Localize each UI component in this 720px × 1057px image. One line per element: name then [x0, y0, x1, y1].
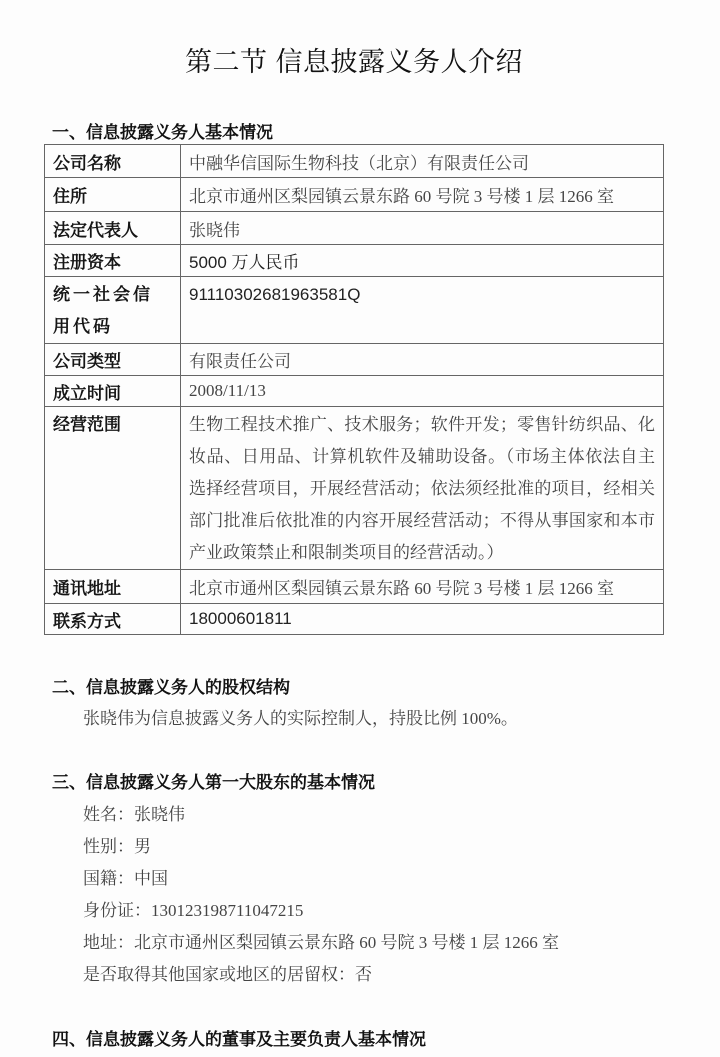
- row-label: 住所: [45, 178, 181, 212]
- document-page: 第二节 信息披露义务人介绍 一、信息披露义务人基本情况 公司名称 中融华信国际生…: [0, 0, 720, 1057]
- row-value: 生物工程技术推广、技术服务；软件开发；零售针纺织品、化妆品、日用品、计算机软件及…: [181, 407, 664, 570]
- page-title: 第二节 信息披露义务人介绍: [0, 45, 708, 79]
- row-label: 联系方式: [45, 604, 181, 635]
- shareholder-id-number: 身份证：130123198711047215: [83, 895, 559, 927]
- section-heading-basic-info: 一、信息披露义务人基本情况: [52, 122, 273, 144]
- shareholder-gender: 性别：男: [83, 831, 559, 863]
- row-value: 18000601811: [181, 604, 664, 635]
- shareholder-foreign-residency: 是否取得其他国家或地区的居留权：否: [83, 959, 559, 991]
- row-value: 中融华信国际生物科技（北京）有限责任公司: [181, 145, 664, 178]
- equity-structure-text: 张晓伟为信息披露义务人的实际控制人，持股比例 100%。: [83, 708, 518, 730]
- table-row: 公司类型 有限责任公司: [45, 344, 664, 376]
- row-label: 公司类型: [45, 344, 181, 376]
- row-value: 5000 万人民币: [181, 245, 664, 277]
- table-row: 统一社会信用代码 91110302681963581Q: [45, 277, 664, 344]
- shareholder-info-list: 姓名：张晓伟 性别：男 国籍：中国 身份证：130123198711047215…: [83, 799, 559, 991]
- row-value: 张晓伟: [181, 212, 664, 245]
- table-row: 公司名称 中融华信国际生物科技（北京）有限责任公司: [45, 145, 664, 178]
- row-value: 北京市通州区梨园镇云景东路 60 号院 3 号楼 1 层 1266 室: [181, 178, 664, 212]
- table-row: 注册资本 5000 万人民币: [45, 245, 664, 277]
- table-row: 通讯地址 北京市通州区梨园镇云景东路 60 号院 3 号楼 1 层 1266 室: [45, 570, 664, 604]
- row-value: 91110302681963581Q: [181, 277, 664, 344]
- table-row: 法定代表人 张晓伟: [45, 212, 664, 245]
- table-row: 成立时间 2008/11/13: [45, 376, 664, 407]
- row-label: 统一社会信用代码: [45, 277, 181, 344]
- section-heading-directors: 四、信息披露义务人的董事及主要负责人基本情况: [52, 1029, 426, 1051]
- shareholder-name: 姓名：张晓伟: [83, 799, 559, 831]
- row-label: 通讯地址: [45, 570, 181, 604]
- table-row: 经营范围 生物工程技术推广、技术服务；软件开发；零售针纺织品、化妆品、日用品、计…: [45, 407, 664, 570]
- row-label: 成立时间: [45, 376, 181, 407]
- row-label: 法定代表人: [45, 212, 181, 245]
- row-label: 公司名称: [45, 145, 181, 178]
- row-value: 有限责任公司: [181, 344, 664, 376]
- row-label: 经营范围: [45, 407, 181, 570]
- table-row: 住所 北京市通州区梨园镇云景东路 60 号院 3 号楼 1 层 1266 室: [45, 178, 664, 212]
- section-heading-major-shareholder: 三、信息披露义务人第一大股东的基本情况: [52, 772, 375, 794]
- shareholder-nationality: 国籍：中国: [83, 863, 559, 895]
- row-value: 北京市通州区梨园镇云景东路 60 号院 3 号楼 1 层 1266 室: [181, 570, 664, 604]
- basic-info-table: 公司名称 中融华信国际生物科技（北京）有限责任公司 住所 北京市通州区梨园镇云景…: [44, 144, 664, 635]
- table-row: 联系方式 18000601811: [45, 604, 664, 635]
- row-value: 2008/11/13: [181, 376, 664, 407]
- section-heading-equity-structure: 二、信息披露义务人的股权结构: [52, 677, 290, 699]
- shareholder-address: 地址：北京市通州区梨园镇云景东路 60 号院 3 号楼 1 层 1266 室: [83, 927, 559, 959]
- row-label: 注册资本: [45, 245, 181, 277]
